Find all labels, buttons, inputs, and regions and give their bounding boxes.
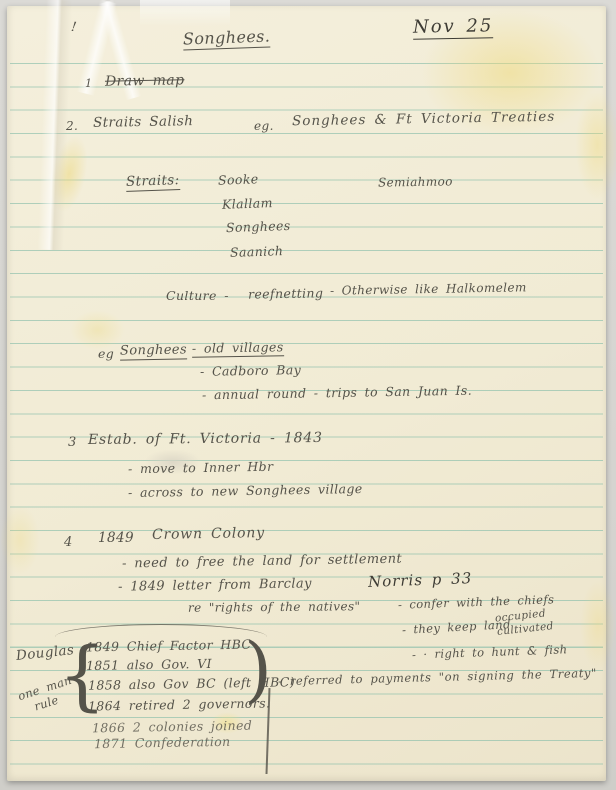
songhees-bullet-1: - old villages: [192, 340, 284, 357]
straits-aside-semiahmoo: Semiahmoo: [378, 175, 453, 189]
item-1-number: 1: [85, 78, 92, 90]
item-4-reference: Norris p 33: [368, 570, 473, 590]
songhees-eg: eg: [98, 347, 114, 361]
culture-label: Culture -: [166, 289, 229, 303]
item-4-rights: re "rights of the natives": [188, 600, 361, 615]
after-1866: 1866 2 colonies joined: [92, 719, 252, 736]
straits-item-songhees: Songhees: [226, 219, 291, 235]
item-2-eg: eg.: [254, 120, 274, 133]
item-4-number: 4: [64, 536, 73, 550]
item-3-heading: Estab. of Ft. Victoria - 1843: [88, 431, 323, 448]
douglas-timeline-1864: 1864 retired 2 governors.: [88, 696, 271, 713]
straits-item-klallam: Klallam: [222, 196, 273, 212]
douglas-timeline-1849: 1849 Chief Factor HBC: [86, 638, 252, 655]
straits-label: Straits:: [126, 173, 180, 192]
item-4-year: 1849: [98, 531, 134, 546]
item-1-text: Draw map: [105, 73, 185, 90]
songhees-label: Songhees: [120, 343, 187, 360]
item-3-bullet-1: - move to Inner Hbr: [128, 460, 274, 476]
straits-item-sooke: Sooke: [218, 172, 259, 187]
item-2-heading: Straits Salish: [93, 114, 194, 131]
scanned-note-page: ! Songhees. Nov 25 1 Draw map 2. Straits…: [0, 0, 616, 790]
item-2-number: 2.: [66, 120, 78, 133]
culture-practice: reefnetting: [248, 286, 324, 301]
after-1871: 1871 Confederation: [94, 735, 231, 751]
item-4-heading: Crown Colony: [152, 526, 265, 543]
date-label: Nov 25: [413, 16, 494, 39]
douglas-timeline-1851: 1851 also Gov. VI: [86, 657, 212, 673]
straits-item-saanich: Saanich: [230, 244, 284, 260]
item-3-number: 3: [68, 436, 77, 450]
songhees-bullet-2: - Cadboro Bay: [200, 363, 301, 379]
note-title: Songhees.: [183, 27, 271, 50]
